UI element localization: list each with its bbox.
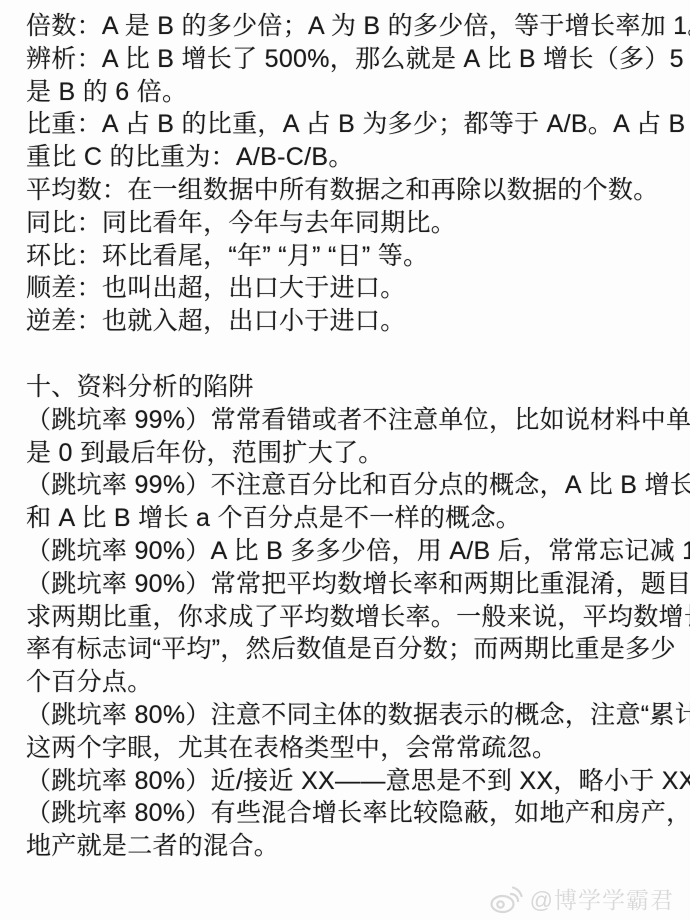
text-line: 地产就是二者的混合。 <box>26 830 672 863</box>
text-line: 辨析：A 比 B 增长了 500%，那么就是 A 比 B 增长（多）5 倍，A <box>26 43 672 76</box>
text-line: （跳坑率 99%）不注意百分比和百分点的概念，A 比 B 增长 a% <box>26 469 672 502</box>
text-line: 比重：A 占 B 的比重，A 占 B 为多少；都等于 A/B。A 占 B 的比 <box>26 108 672 141</box>
text-line: （跳坑率 99%）常常看错或者不注意单位，比如说材料中单位 <box>26 404 672 437</box>
text-line: 求两期比重，你求成了平均数增长率。一般来说，平均数增长 <box>26 601 672 634</box>
text-line: 是 B 的 6 倍。 <box>26 76 672 109</box>
text-line: 同比：同比看年，今年与去年同期比。 <box>26 207 672 240</box>
text-line: （跳坑率 80%）注意不同主体的数据表示的概念，注意“累计” <box>26 699 672 732</box>
text-line: 顺差：也叫出超，出口大于进口。 <box>26 272 672 305</box>
text-line: 是 0 到最后年份，范围扩大了。 <box>26 437 672 470</box>
notes-page: 倍数：A 是 B 的多少倍；A 为 B 的多少倍，等于增长率加 1。 辨析：A … <box>0 0 690 920</box>
watermark: @博学学霸君 <box>489 882 674 915</box>
text-line: （跳坑率 80%）有些混合增长率比较隐蔽，如地产和房产，房 <box>26 797 672 830</box>
watermark-handle: @博学学霸君 <box>530 882 674 915</box>
text-line: 重比 C 的比重为：A/B-C/B。 <box>26 141 672 174</box>
text-line: （跳坑率 90%）A 比 B 多多少倍，用 A/B 后，常常忘记减 1。 <box>26 535 672 568</box>
text-line: 这两个字眼，尤其在表格类型中，会常常疏忽。 <box>26 732 672 765</box>
text-line: （跳坑率 90%）常常把平均数增长率和两期比重混淆，题目要 <box>26 568 672 601</box>
weibo-icon <box>489 884 525 914</box>
text-line: 和 A 比 B 增长 a 个百分点是不一样的概念。 <box>26 502 672 535</box>
text-line: 倍数：A 是 B 的多少倍；A 为 B 的多少倍，等于增长率加 1。 <box>26 10 672 43</box>
text-line: 率有标志词“平均”，然后数值是百分数；而两期比重是多少 <box>26 633 672 666</box>
text-line: 平均数：在一组数据中所有数据之和再除以数据的个数。 <box>26 174 672 207</box>
text-line: 个百分点。 <box>26 666 672 699</box>
text-line: 环比：环比看尾，“年” “月” “日” 等。 <box>26 240 672 273</box>
text-line: （跳坑率 80%）近/接近 XX——意思是不到 XX，略小于 XX。 <box>26 765 672 798</box>
text-line: 逆差：也就入超，出口小于进口。 <box>26 305 672 338</box>
section-heading: 十、资料分析的陷阱 <box>26 371 672 404</box>
